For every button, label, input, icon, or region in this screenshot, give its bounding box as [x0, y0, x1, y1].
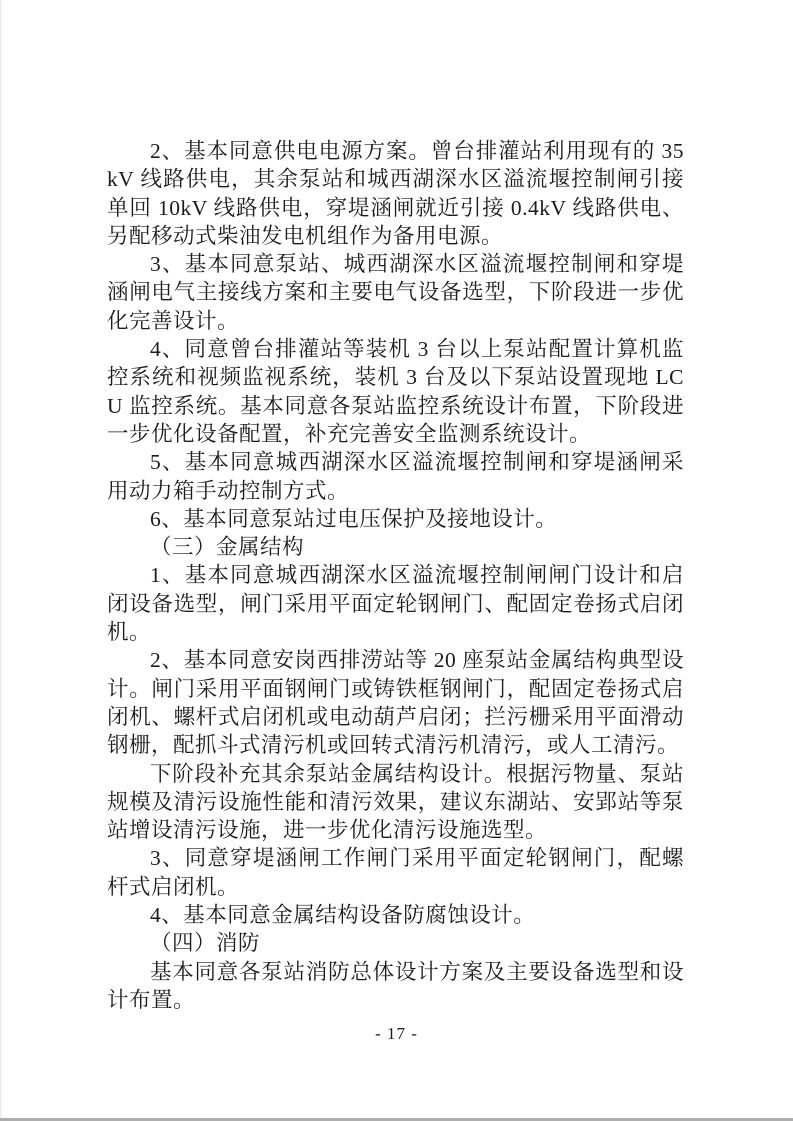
document-paragraph: （四）消防	[107, 929, 684, 957]
document-paragraph: 5、基本同意城西湖深水区溢流堰控制闸和穿堤涵闸采用动力箱手动控制方式。	[107, 448, 684, 505]
document-paragraph: 基本同意各泵站消防总体设计方案及主要设备选型和设计布置。	[107, 958, 684, 1015]
document-paragraph: 1、基本同意城西湖深水区溢流堰控制闸闸门设计和启闭设备选型，闸门采用平面定轮钢闸…	[107, 561, 684, 646]
document-paragraph: 2、基本同意安岗西排涝站等 20 座泵站金属结构典型设计。闸门采用平面钢闸门或铸…	[107, 646, 684, 759]
document-body: 2、基本同意供电电源方案。曾台排灌站利用现有的 35kV 线路供电，其余泵站和城…	[107, 137, 684, 1014]
scan-edge-left	[0, 0, 2, 1121]
document-paragraph: 6、基本同意泵站过电压保护及接地设计。	[107, 505, 684, 533]
document-paragraph: 4、基本同意金属结构设备防腐蚀设计。	[107, 901, 684, 929]
document-paragraph: 4、同意曾台排灌站等装机 3 台以上泵站配置计算机监控系统和视频监视系统，装机 …	[107, 335, 684, 448]
document-paragraph: 3、同意穿堤涵闸工作闸门采用平面定轮钢闸门，配螺杆式启闭机。	[107, 844, 684, 901]
document-paragraph: 3、基本同意泵站、城西湖深水区溢流堰控制闸和穿堤涵闸电气主接线方案和主要电气设备…	[107, 250, 684, 335]
scanned-document-page: 2、基本同意供电电源方案。曾台排灌站利用现有的 35kV 线路供电，其余泵站和城…	[0, 0, 793, 1121]
document-paragraph: 下阶段补充其余泵站金属结构设计。根据污物量、泵站规模及清污设施性能和清污效果，建…	[107, 760, 684, 845]
page-number: - 17 -	[0, 1024, 793, 1044]
document-paragraph: （三）金属结构	[107, 533, 684, 561]
document-paragraph: 2、基本同意供电电源方案。曾台排灌站利用现有的 35kV 线路供电，其余泵站和城…	[107, 137, 684, 250]
